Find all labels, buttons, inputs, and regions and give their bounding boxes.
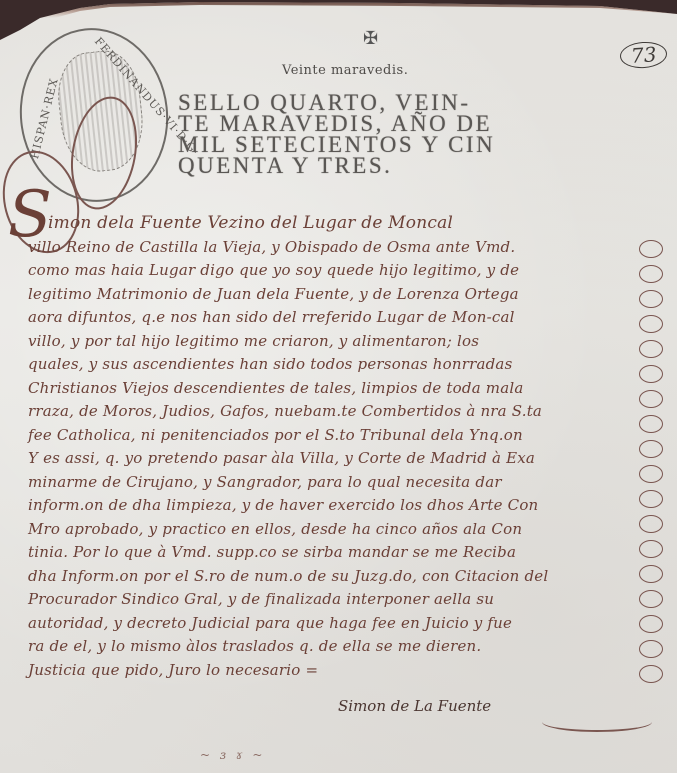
- stamp-title: SELLO QUARTO, VEIN- TE MARAVEDIS, AÑO DE…: [178, 92, 578, 176]
- flourish-loop-icon: [639, 615, 663, 633]
- flourish-loop-icon: [639, 315, 663, 333]
- flourish-loop-icon: [639, 490, 663, 508]
- stamp-title-line: TE MARAVEDIS, AÑO DE: [178, 113, 578, 134]
- text-line: ra de el, y lo mismo àlos traslados q. d…: [28, 635, 638, 659]
- manuscript-body: imon dela Fuente Vezino del Lugar de Mon…: [28, 212, 638, 682]
- torn-top-edge: [0, 0, 677, 18]
- stamp-title-line: MIL SETECIENTOS Y CIN: [178, 134, 578, 155]
- flourish-loop-icon: [639, 465, 663, 483]
- rubric-flourish-icon: [542, 712, 652, 732]
- text-line: Justicia que pido, Juro lo necesario =: [28, 659, 638, 683]
- stamp-title-line: SELLO QUARTO, VEIN-: [178, 92, 578, 113]
- seal-legend-left: HISPAN·REX: [28, 77, 61, 161]
- flourish-loop-icon: [639, 390, 663, 408]
- text-line: Christianos Viejos descendientes de tale…: [28, 377, 638, 401]
- text-line: fee Catholica, ni penitenciados por el S…: [28, 424, 638, 448]
- text-line: aora difuntos, q.e nos han sido del rref…: [28, 306, 638, 330]
- flourish-loop-icon: [639, 265, 663, 283]
- folio-number: 73: [619, 40, 668, 69]
- text-line: villo Reino de Castilla la Vieja, y Obis…: [28, 236, 638, 260]
- text-line: inform.on de dha limpieza, y de haver ex…: [28, 494, 638, 518]
- text-line: como mas haia Lugar digo que yo soy qued…: [28, 259, 638, 283]
- text-line: legitimo Matrimonio de Juan dela Fuente,…: [28, 283, 638, 307]
- text-line: villo, y por tal hijo legitimo me criaro…: [28, 330, 638, 354]
- flourish-loop-icon: [639, 365, 663, 383]
- text-line: Procurador Sindico Gral, y de finalizada…: [28, 588, 638, 612]
- flourish-loop-icon: [639, 590, 663, 608]
- flourish-loop-icon: [639, 665, 663, 683]
- flourish-loop-icon: [639, 565, 663, 583]
- flourish-loop-icon: [639, 515, 663, 533]
- text-line: imon dela Fuente Vezino del Lugar de Mon…: [28, 212, 638, 236]
- flourish-loop-icon: [639, 340, 663, 358]
- text-line: autoridad, y decreto Judicial para que h…: [28, 612, 638, 636]
- margin-flourishes: [639, 240, 669, 700]
- flourish-loop-icon: [639, 415, 663, 433]
- text-line: Y es assi, q. yo pretendo pasar àla Vill…: [28, 447, 638, 471]
- stamp-title-line: QUENTA Y TRES.: [178, 155, 578, 176]
- cross-icon: ✠: [363, 28, 378, 49]
- text-line: tinia. Por lo que à Vmd. supp.co se sirb…: [28, 541, 638, 565]
- flourish-loop-icon: [639, 440, 663, 458]
- text-line: minarme de Cirujano, y Sangrador, para l…: [28, 471, 638, 495]
- text-line: Mro aprobado, y practico en ellos, desde…: [28, 518, 638, 542]
- text-line: quales, y sus ascendientes han sido todo…: [28, 353, 638, 377]
- flourish-loop-icon: [639, 540, 663, 558]
- signature: Simon de La Fuente: [338, 697, 491, 715]
- flourish-loop-icon: [639, 640, 663, 658]
- text-line: dha Inform.on por el S.ro de num.o de su…: [28, 565, 638, 589]
- stamp-denomination: Veinte maravedis.: [282, 63, 408, 78]
- flourish-loop-icon: [639, 290, 663, 308]
- document-page: FERDINANDUS·VI·D·G· HISPAN·REX ✠ 73 Vein…: [0, 0, 677, 773]
- bleed-through-marks: ~ ɜ ɤ ~: [200, 748, 265, 762]
- text-line: rraza, de Moros, Judios, Gafos, nuebam.t…: [28, 400, 638, 424]
- flourish-loop-icon: [639, 240, 663, 258]
